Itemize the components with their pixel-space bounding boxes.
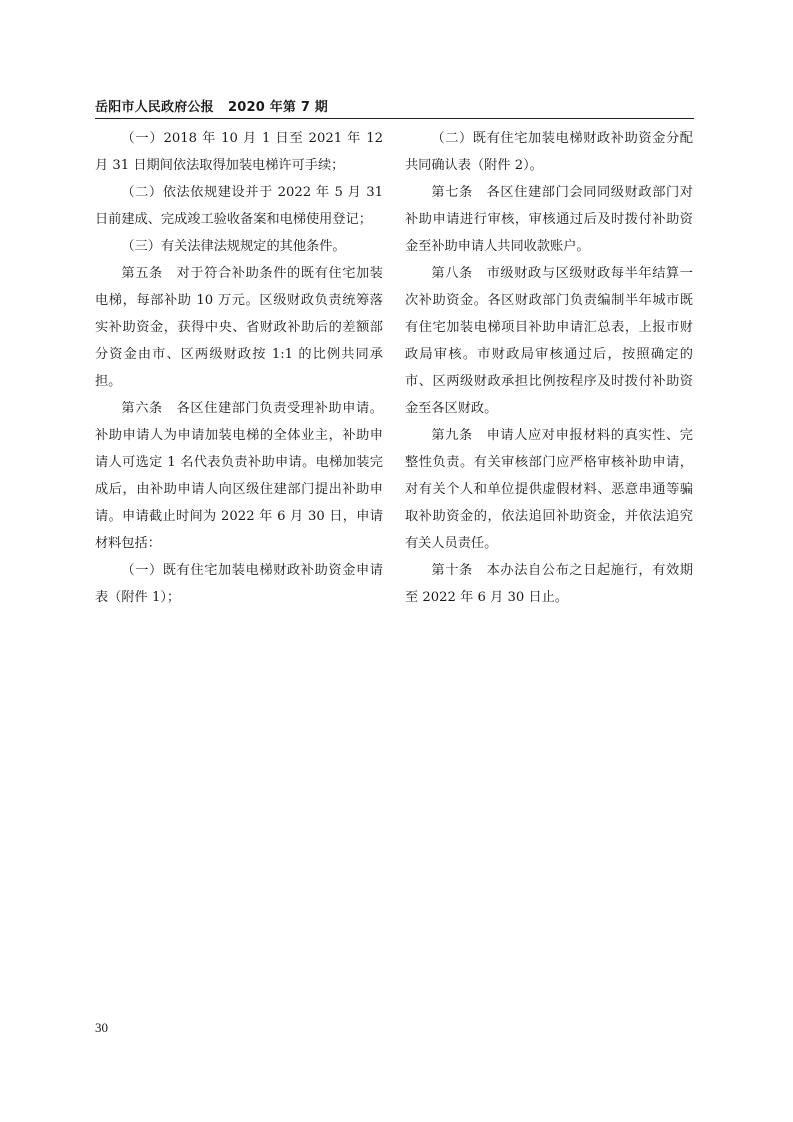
paragraph: （二）既有住宅加装电梯财政补助资金分配共同确认表（附件 2）。 [405,125,693,179]
right-column: （二）既有住宅加装电梯财政补助资金分配共同确认表（附件 2）。 第七条 各区住建… [405,125,693,611]
paragraph: （一）2018 年 10 月 1 日至 2021 年 12 月 31 日期间依法… [95,125,383,179]
article-8: 第八条 市级财政与区级财政每半年结算一次补助资金。各区财政部门负责编制半年城市既… [405,260,693,422]
issue-number: 2020 年第 7 期 [228,100,328,115]
paragraph: （二）依法依规建设并于 2022 年 5 月 31 日前建成、完成竣工验收备案和… [95,179,383,233]
page-number: 30 [95,1020,108,1036]
article-6: 第六条 各区住建部门负责受理补助申请。补助申请人为申请加装电梯的全体业主，补助申… [95,395,383,557]
paragraph: （一）既有住宅加装电梯财政补助资金申请表（附件 1）； [95,557,383,611]
header-rule [95,118,694,119]
left-column: （一）2018 年 10 月 1 日至 2021 年 12 月 31 日期间依法… [95,125,383,611]
article-9: 第九条 申请人应对申报材料的真实性、完整性负责。有关审核部门应严格审核补助申请，… [405,422,693,557]
paragraph: （三）有关法律法规规定的其他条件。 [95,233,383,260]
publication-title: 岳阳市人民政府公报 [95,100,214,115]
running-header: 岳阳市人民政府公报 2020 年第 7 期 [95,99,694,119]
article-10: 第十条 本办法自公布之日起施行，有效期至 2022 年 6 月 30 日止。 [405,557,693,611]
article-5: 第五条 对于符合补助条件的既有住宅加装电梯，每部补助 10 万元。区级财政负责统… [95,260,383,395]
article-7: 第七条 各区住建部门会同同级财政部门对补助申请进行审核，审核通过后及时拨付补助资… [405,179,693,260]
